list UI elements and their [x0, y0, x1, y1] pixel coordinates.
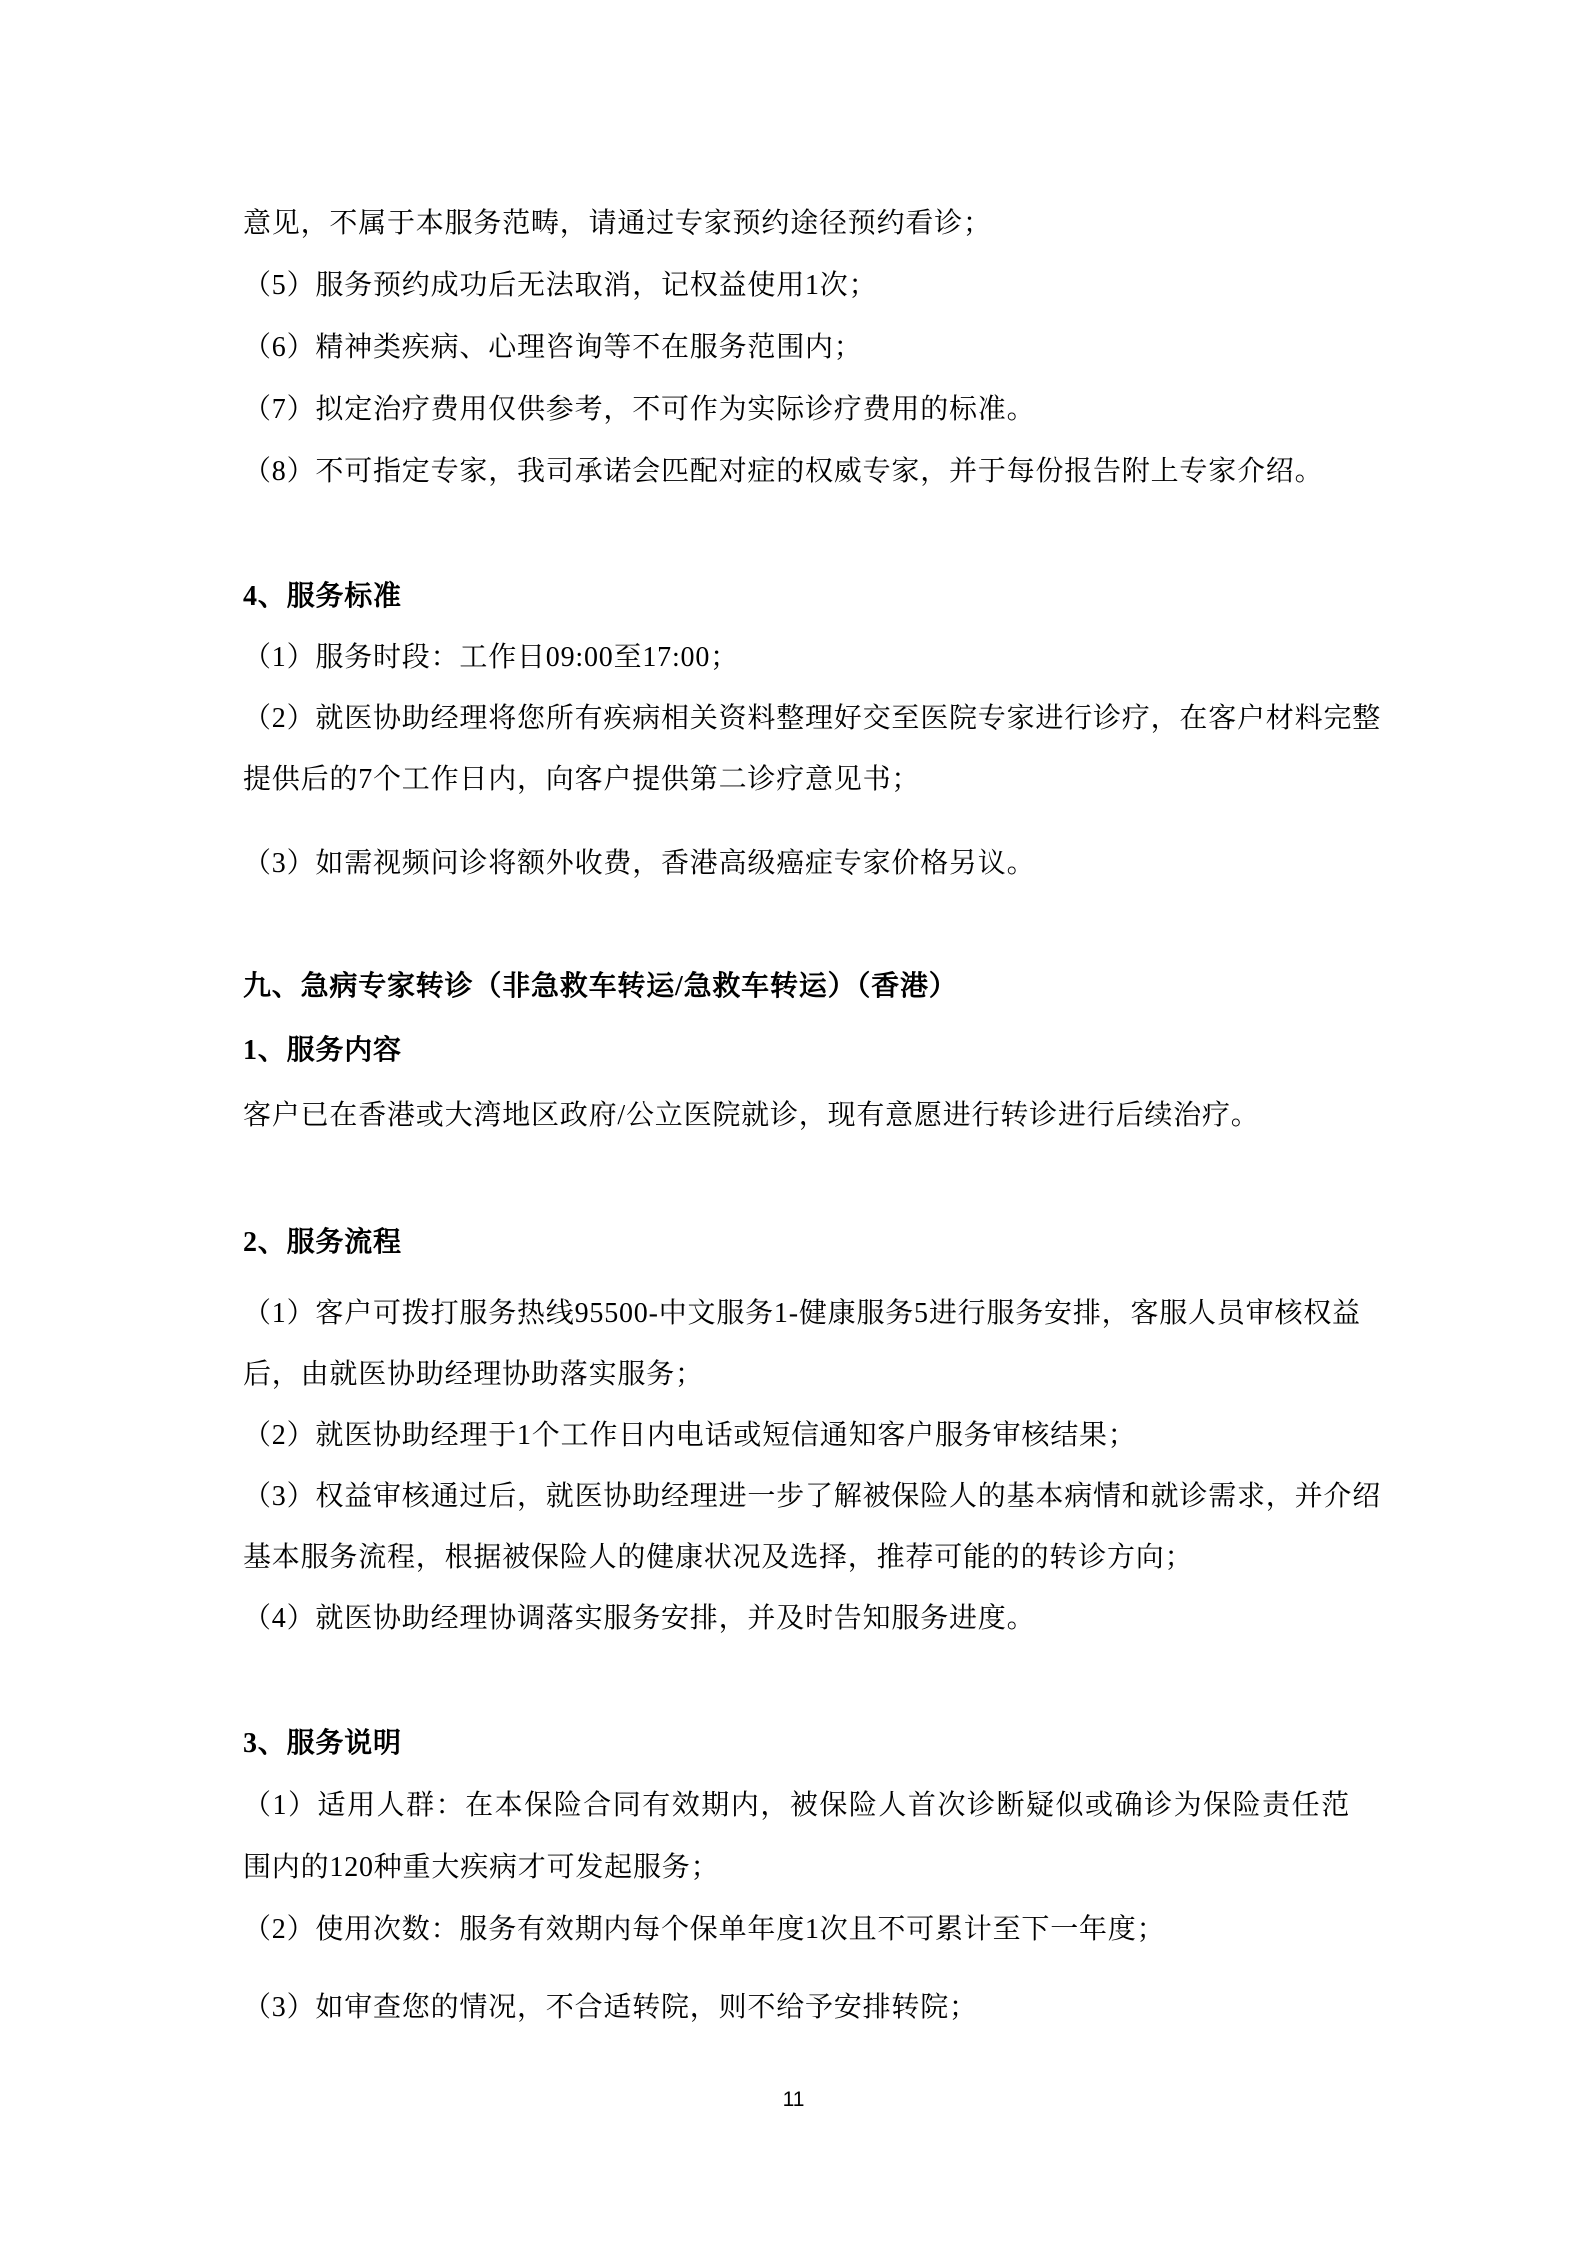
standard-item-1: （1）服务时段：工作日09:00至17:00；: [243, 638, 1350, 678]
note-item-7: （7）拟定治疗费用仅供参考，不可作为实际诊疗费用的标准。: [243, 390, 1350, 430]
note-item-8: （8）不可指定专家，我司承诺会匹配对症的权威专家，并于每份报告附上专家介绍。: [243, 452, 1350, 492]
standard-item-3: （3）如需视频问诊将额外收费，香港高级癌症专家价格另议。: [243, 844, 1350, 884]
section-9-title: 九、急病专家转诊（非急救车转运/急救车转运）（香港）: [243, 967, 1350, 1007]
service-content-heading: 1、服务内容: [243, 1031, 1350, 1071]
notes-item-2: （2）使用次数：服务有效期内每个保单年度1次且不可累计至下一年度；: [243, 1910, 1350, 1950]
service-notes-heading: 3、服务说明: [243, 1724, 1350, 1764]
process-item-1-line-2: 后，由就医协助经理协助落实服务；: [243, 1355, 1350, 1395]
process-item-1-line-1: （1）客户可拨打服务热线95500-中文服务1-健康服务5进行服务安排，客服人员…: [243, 1294, 1350, 1334]
process-item-3-line-1: （3）权益审核通过后，就医协助经理进一步了解被保险人的基本病情和就诊需求，并介绍: [243, 1477, 1350, 1517]
document-page: 意见，不属于本服务范畴，请通过专家预约途径预约看诊； （5）服务预约成功后无法取…: [0, 0, 1587, 2245]
process-item-3-line-2: 基本服务流程，根据被保险人的健康状况及选择，推荐可能的的转诊方向；: [243, 1538, 1350, 1578]
notes-item-1-line-2: 围内的120种重大疾病才可发起服务；: [243, 1848, 1350, 1888]
continuation-line: 意见，不属于本服务范畴，请通过专家预约途径预约看诊；: [243, 204, 1350, 244]
process-item-2: （2）就医协助经理于1个工作日内电话或短信通知客户服务审核结果；: [243, 1416, 1350, 1456]
note-item-5: （5）服务预约成功后无法取消，记权益使用1次；: [243, 266, 1350, 306]
process-item-4: （4）就医协助经理协调落实服务安排，并及时告知服务进度。: [243, 1599, 1350, 1639]
standard-item-2-line-1: （2）就医协助经理将您所有疾病相关资料整理好交至医院专家进行诊疗，在客户材料完整: [243, 699, 1350, 739]
page-number: 11: [0, 2085, 1587, 2115]
service-standard-heading: 4、服务标准: [243, 577, 1350, 617]
note-item-6: （6）精神类疾病、心理咨询等不在服务范围内；: [243, 328, 1350, 368]
notes-item-3: （3）如审查您的情况，不合适转院，则不给予安排转院；: [243, 1988, 1350, 2028]
standard-item-2-line-2: 提供后的7个工作日内，向客户提供第二诊疗意见书；: [243, 760, 1350, 800]
service-content-text: 客户已在香港或大湾地区政府/公立医院就诊，现有意愿进行转诊进行后续治疗。: [243, 1096, 1350, 1136]
service-process-heading: 2、服务流程: [243, 1223, 1350, 1263]
notes-item-1-line-1: （1）适用人群：在本保险合同有效期内，被保险人首次诊断疑似或确诊为保险责任范: [243, 1786, 1350, 1826]
